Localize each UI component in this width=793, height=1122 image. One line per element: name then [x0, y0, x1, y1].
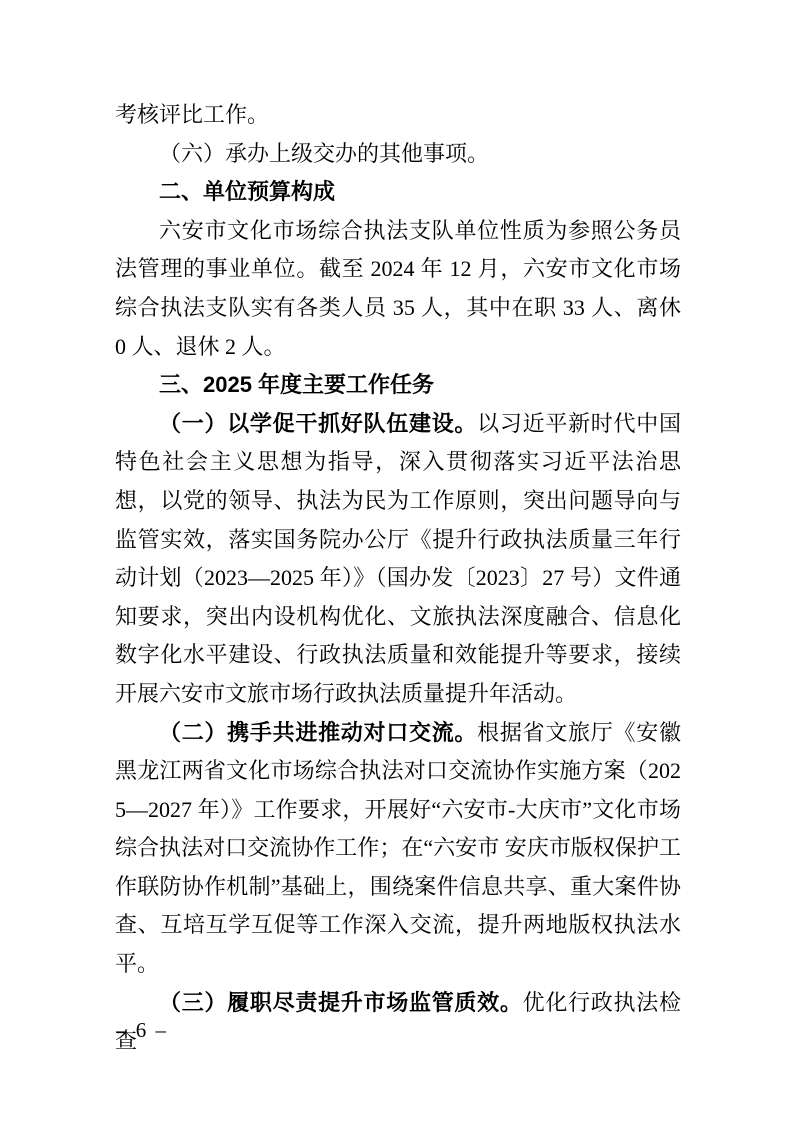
document-page: 考核评比工作。 （六）承办上级交办的其他事项。 二、单位预算构成 六安市文化市场… [0, 0, 793, 1122]
page-number: – 6 – [116, 1018, 168, 1042]
paragraph-task-two: （二）携手共进推动对口交流。根据省文旅厅《安徽黑龙江两省文化市场综合执法对口交流… [115, 714, 681, 984]
paragraph-task-one-lead: （一）以学促干抓好队伍建设。 [159, 411, 477, 436]
section-heading-3: 三、2025 年度主要工作任务 [115, 366, 681, 405]
paragraph-task-two-body: 根据省文旅厅《安徽黑龙江两省文化市场综合执法对口交流协作实施方案（2025—20… [115, 720, 681, 977]
paragraph-task-two-lead: （二）携手共进推动对口交流。 [159, 720, 477, 745]
paragraph-task-one: （一）以学促干抓好队伍建设。以习近平新时代中国特色社会主义思想为指导，深入贯彻落… [115, 405, 681, 714]
section-heading-2: 二、单位预算构成 [115, 173, 681, 212]
paragraph-unit-composition: 六安市文化市场综合执法支队单位性质为参照公务员法管理的事业单位。截至 2024 … [115, 212, 681, 366]
paragraph-item-six: （六）承办上级交办的其他事项。 [115, 135, 681, 174]
document-body: 考核评比工作。 （六）承办上级交办的其他事项。 二、单位预算构成 六安市文化市场… [115, 96, 681, 1061]
paragraph-task-three-lead: （三）履职尽责提升市场监管质效。 [159, 990, 523, 1015]
paragraph-task-three: （三）履职尽责提升市场监管质效。优化行政执法检查 [115, 984, 681, 1061]
paragraph-task-one-body: 以习近平新时代中国特色社会主义思想为指导，深入贯彻落实习近平法治思想，以党的领导… [115, 411, 681, 706]
paragraph-continuation: 考核评比工作。 [115, 96, 681, 135]
